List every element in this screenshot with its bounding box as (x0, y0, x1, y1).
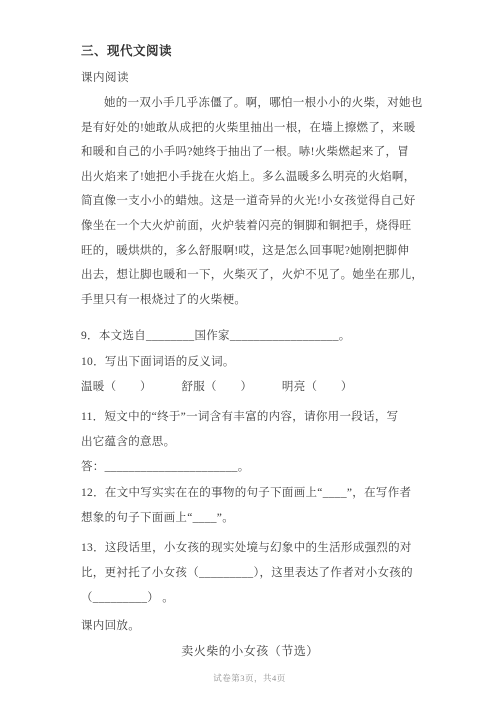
question-text: 13．这段话里，小女孩的现实处境与幻象中的生活形成强烈的对 (81, 536, 419, 561)
excerpt-title: 卖火柴的小女孩（节选） (81, 639, 419, 664)
question-text: 12．在文中写实实在在的事物的句子下面画上“____”，在写作者 (81, 481, 419, 506)
question-text: 11．短文中的“终于”一词含有丰富的内容，请你用一段话，写 (81, 405, 419, 430)
question-text: （_________） 。 (81, 586, 419, 611)
reading-passage: 她的一双小手几乎冻僵了。啊，哪怕一根小小的火柴，对她也 是有好处的!她敢从成把的… (81, 91, 419, 312)
question-text: 想象的句子下面画上“____”。 (81, 506, 419, 531)
page-footer: 试卷第3页，共4页 (0, 672, 499, 684)
question-text: 比，更衬托了小女孩（_________），这里表达了作者对小女孩的 (81, 561, 419, 586)
passage-line: 和暖和自己的小手吗?她终于抽出了一根。哧!火柴燃起来了，冒 (81, 140, 419, 165)
exam-paper-page: 三、现代文阅读 课内阅读 她的一双小手几乎冻僵了。啊，哪怕一根小小的火柴，对她也… (0, 0, 499, 706)
passage-line: 出火焰来了!她把小手拢在火焰上。多么温暖多么明亮的火焰啊， (81, 165, 419, 190)
question-9: 9．本文选自________国作家__________________。 (81, 324, 419, 349)
passage-line: 旺的，暖烘烘的，多么舒服啊!哎，这是怎么回事呢?她刚把脚伸 (81, 239, 419, 264)
passage-line: 像坐在一个大火炉前面，火炉装着闪亮的铜脚和铜把手，烧得旺 (81, 214, 419, 239)
question-text: 9．本文选自________国作家__________________。 (81, 324, 419, 349)
question-text: 10．写出下面词语的反义词。 (81, 350, 419, 375)
section-heading: 三、现代文阅读 (81, 44, 419, 58)
replay-label: 课内回放。 (81, 614, 419, 639)
page-content: 三、现代文阅读 课内阅读 她的一双小手几乎冻僵了。啊，哪怕一根小小的火柴，对她也… (81, 44, 419, 664)
passage-line: 是有好处的!她敢从成把的火柴里抽出一根，在墙上擦燃了，来暖 (81, 116, 419, 141)
question-text: 出它蕴含的意思。 (81, 430, 419, 455)
question-12: 12．在文中写实实在在的事物的句子下面画上“____”，在写作者 想象的句子下面… (81, 481, 419, 531)
passage-line: 她的一双小手几乎冻僵了。啊，哪怕一根小小的火柴，对她也 (81, 91, 419, 116)
question-13: 13．这段话里，小女孩的现实处境与幻象中的生活形成强烈的对 比，更衬托了小女孩（… (81, 536, 419, 611)
question-11: 11．短文中的“终于”一词含有丰富的内容，请你用一段话，写 出它蕴含的意思。 答… (81, 405, 419, 480)
question-10: 10．写出下面词语的反义词。 温暖（ ） 舒服（ ） 明亮（ ） (81, 350, 419, 400)
answer-blank-line: 答：______________________。 (81, 455, 419, 480)
antonym-blanks-row: 温暖（ ） 舒服（ ） 明亮（ ） (81, 375, 419, 400)
passage-line: 出去，想让脚也暖和一下，火柴灭了，火炉不见了。她坐在那儿， (81, 263, 419, 288)
passage-line: 手里只有一根烧过了的火柴梗。 (81, 288, 419, 313)
passage-line: 简直像一支小小的蜡烛。这是一道奇异的火光!小女孩觉得自己好 (81, 189, 419, 214)
reading-type-label: 课内阅读 (81, 71, 419, 85)
